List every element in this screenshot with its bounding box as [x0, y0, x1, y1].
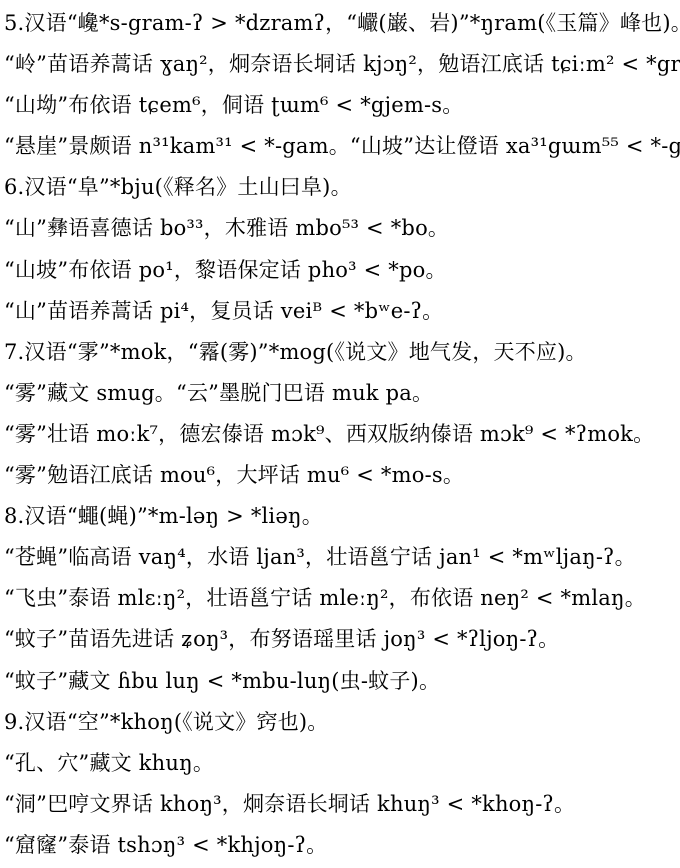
entry-5-hanyu-chan-yan: 5.汉语“巉*s-gram-ʔ > *dzramʔ，“巗(巌、岩)”*ŋram(… — [4, 3, 678, 44]
entry-7-wu-mianyu: “雾”勉语江底话 mou⁶，大坪话 mu⁶ < *mo-s。 — [4, 455, 678, 496]
entry-8-feichong: “飞虫”泰语 mlɛːŋ²，壮语邕宁话 mleːŋ²，布依语 neŋ² < *m… — [4, 578, 678, 619]
entry-6-shan-yi-muya: “山”彝语喜德话 bo³³，木雅语 mbo⁵³ < *bo。 — [4, 208, 678, 249]
entry-5-xuanya-shanpo: “悬崖”景颇语 n³¹kam³¹ < *-gam。“山坡”达让僜语 xa³¹gɯ… — [4, 126, 678, 167]
entry-5-ling-cognates: “岭”苗语养蒿话 ɣaŋ²，炯奈语长垌话 kjɔŋ²，勉语江底话 tɕiːm² … — [4, 44, 678, 85]
entry-8-hanyu-ying: 8.汉语“蠅(蝇)”*m-ləŋ > *liəŋ。 — [4, 496, 678, 537]
entry-8-cangying: “苍蝇”临高语 vaŋ⁴，水语 ljan³，壮语邕宁话 jan¹ < *mʷlj… — [4, 537, 678, 578]
entry-9-dong-baheng: “洞”巴哼文界话 khoŋ³，炯奈语长垌话 khuŋ³ < *khoŋ-ʔ。 — [4, 784, 678, 825]
entry-6-hanyu-fu: 6.汉语“阜”*bju(《释名》土山曰阜)。 — [4, 167, 678, 208]
entry-6-shan-miao: “山”苗语养蒿话 pi⁴，复员话 veiᴮ < *bʷe-ʔ。 — [4, 291, 678, 332]
entry-9-hanyu-kong: 9.汉语“空”*khoŋ(《说文》窍也)。 — [4, 702, 678, 743]
entry-7-wu-zangwen-menba: “雾”藏文 smug。“云”墨脱门巴语 muk pa。 — [4, 373, 678, 414]
entry-7-hanyu-meng-wu: 7.汉语“雺”*mok，“霿(雾)”*mog(《说文》地气发，天不应)。 — [4, 332, 678, 373]
document-page: 5.汉语“巉*s-gram-ʔ > *dzramʔ，“巗(巌、岩)”*ŋram(… — [0, 0, 680, 868]
entry-9-kulong-taiyu: “窟窿”泰语 tshɔŋ³ < *khjoŋ-ʔ。 — [4, 825, 678, 866]
entry-8-wenzi-zangwen: “蚊子”藏文 ɦbu luŋ < *mbu-luŋ(虫-蚊子)。 — [4, 661, 678, 702]
entry-9-kong-xue-zangwen: “孔、穴”藏文 khuŋ。 — [4, 743, 678, 784]
entry-7-wu-zhuang-dai: “雾”壮语 moːk⁷，德宏傣语 mɔk⁹、西双版纳傣语 mɔk⁹ < *ʔmo… — [4, 414, 678, 455]
entry-6-shanpo-buyi-li: “山坡”布依语 po¹，黎语保定话 pho³ < *po。 — [4, 250, 678, 291]
entry-8-wenzi-miao-bunu: “蚊子”苗语先进话 ʑoŋ³，布努语瑶里话 joŋ³ < *ʔljoŋ-ʔ。 — [4, 619, 678, 660]
entry-5-shanao-cognates: “山坳”布依语 tɕem⁶，侗语 ʈɯm⁶ < *gjem-s。 — [4, 85, 678, 126]
